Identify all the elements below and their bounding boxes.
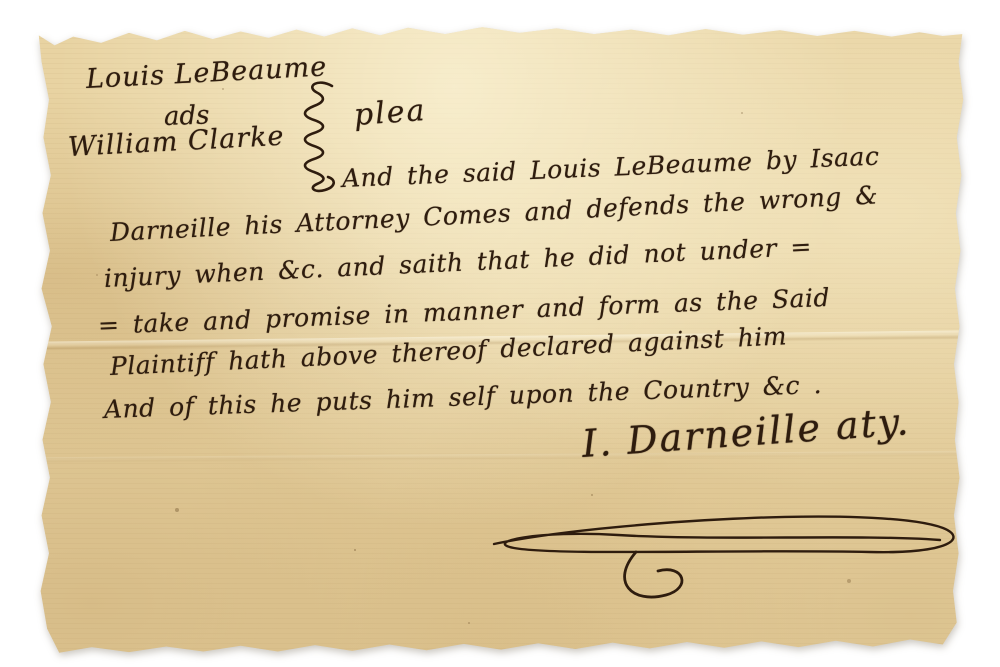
caption-party-defendant: William Clarke	[67, 121, 285, 163]
plea-label: plea	[353, 93, 428, 133]
squiggle-brace-icon	[294, 80, 342, 198]
paper-specks	[36, 24, 38, 26]
caption-party-plaintiff: Louis LeBeaume	[85, 51, 328, 95]
paper-sheet: Louis LeBeaume ads William Clarke plea A…	[36, 24, 966, 654]
paper-sheet-wrapper: Louis LeBeaume ads William Clarke plea A…	[36, 24, 966, 654]
signature-flourish-icon	[488, 494, 974, 606]
faint-fold-crease	[36, 451, 966, 463]
scanned-document-page: Louis LeBeaume ads William Clarke plea A…	[0, 0, 1000, 667]
